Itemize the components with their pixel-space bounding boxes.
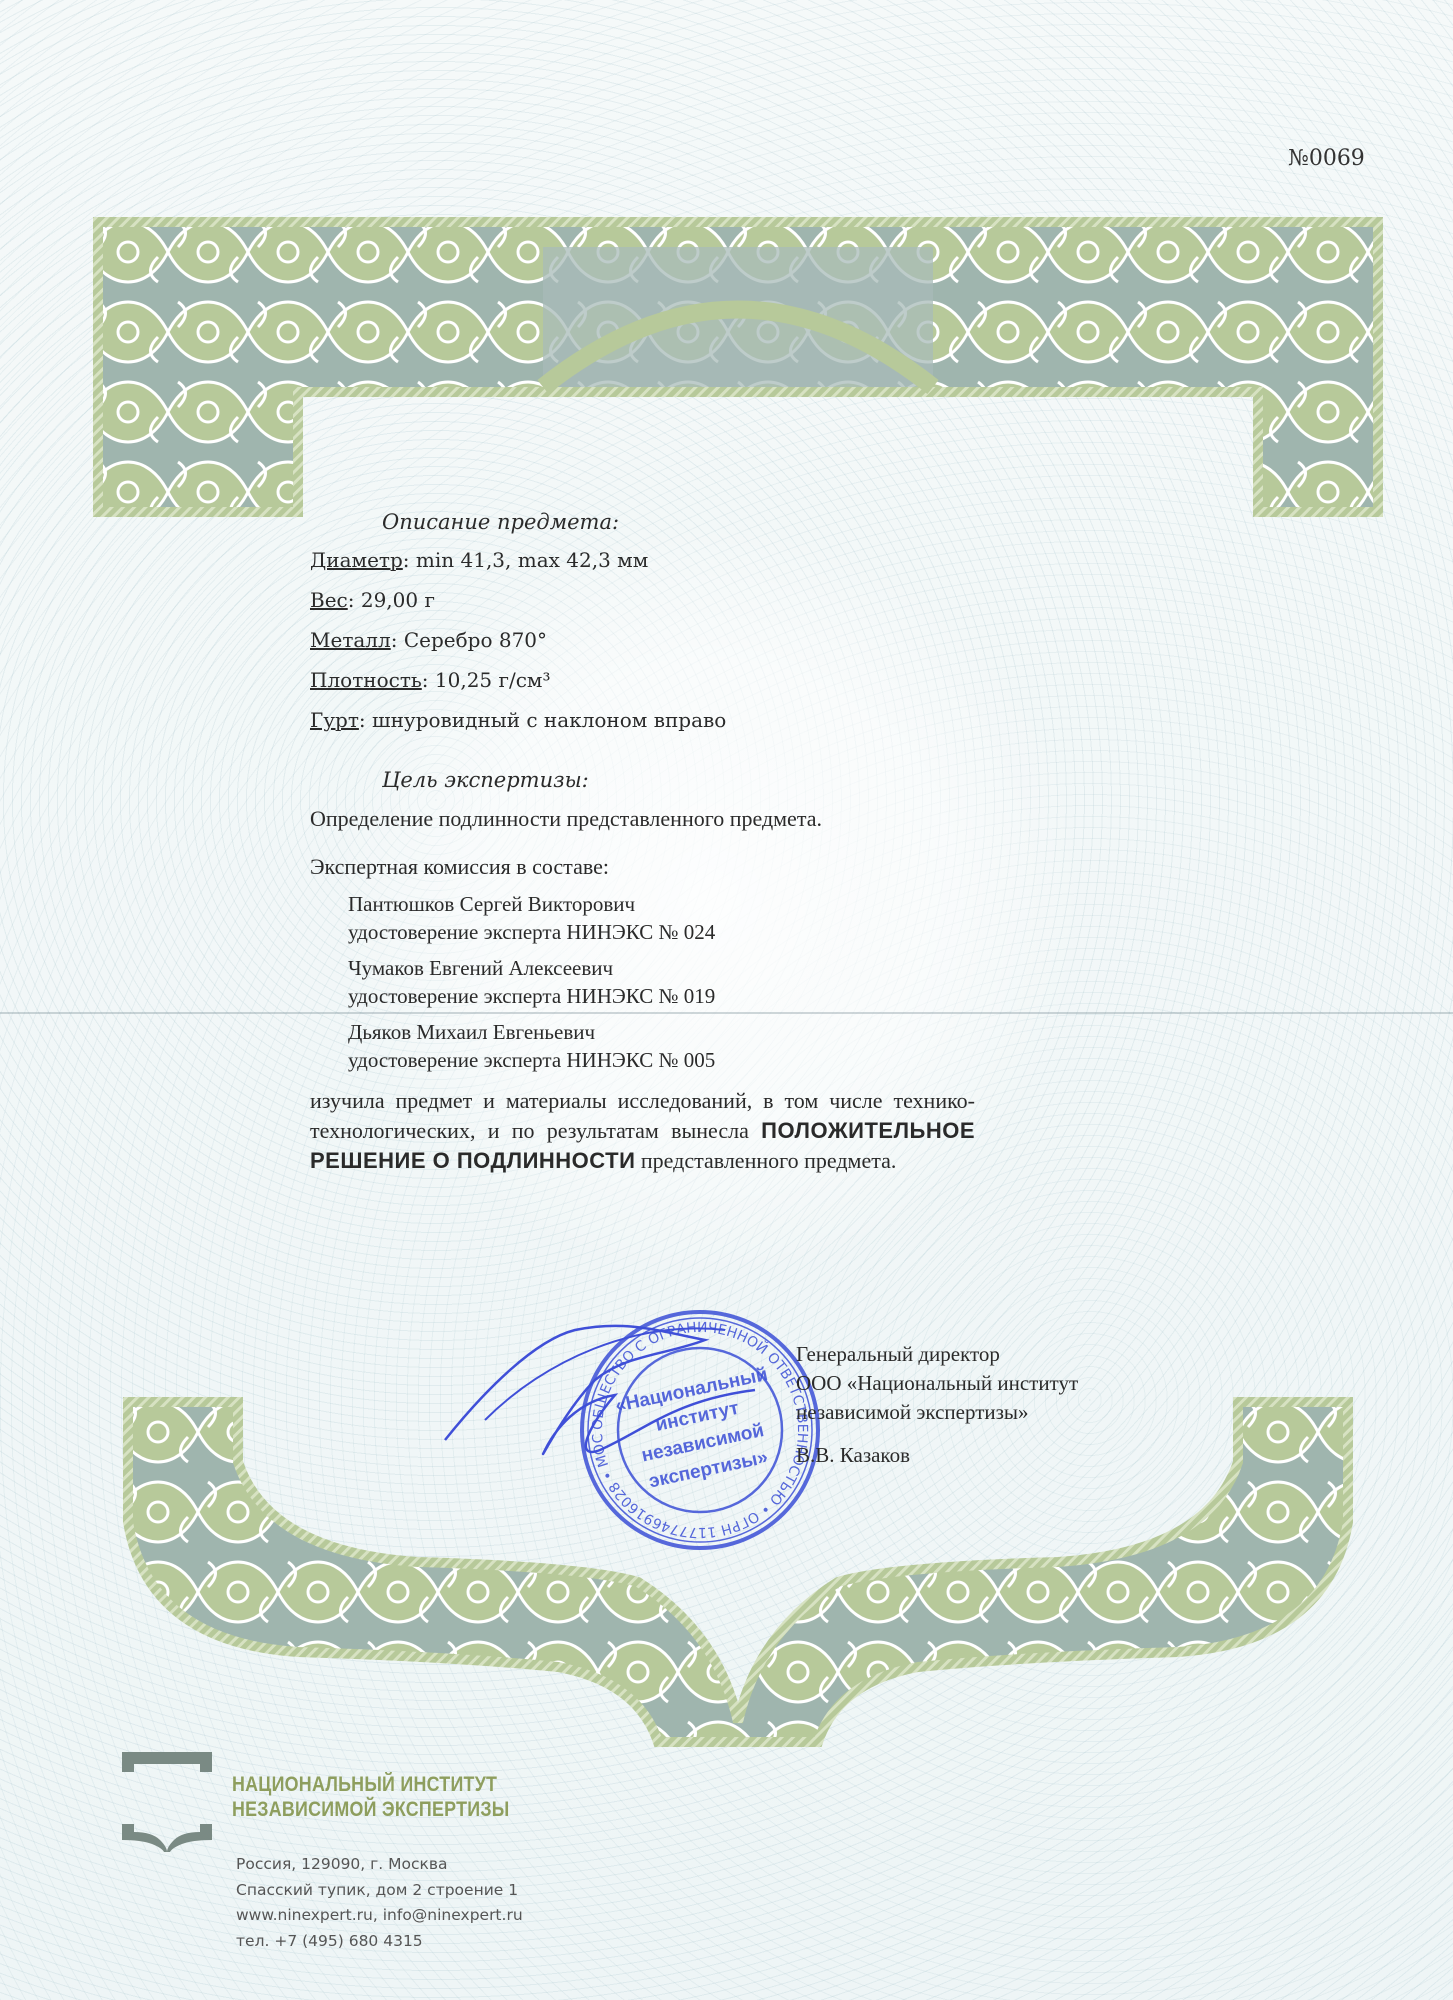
properties-list: Диаметр: min 41,3, max 42,3 мм Вес: 29,0… <box>310 548 1310 732</box>
commission-intro: Экспертная комиссия в составе: <box>310 854 1310 880</box>
member-name: Дьяков Михаил Евгеньевич <box>348 1018 1310 1046</box>
web-email: www.ninexpert.ru, info@ninexpert.ru <box>236 1903 523 1929</box>
footer-contacts: Россия, 129090, г. Москва Спасский тупик… <box>236 1852 523 1954</box>
property-weight: Вес: 29,00 г <box>310 588 1310 612</box>
signatory-title: Генеральный директор <box>796 1340 1078 1369</box>
member-name: Чумаков Евгений Алексеевич <box>348 954 1310 982</box>
commission-member: Чумаков Евгений Алексеевич удостоверение… <box>348 954 1310 1010</box>
certificate-body: Описание предмета: Диаметр: min 41,3, ma… <box>310 510 1310 1176</box>
property-metal: Металл: Серебро 870° <box>310 628 1310 652</box>
property-density: Плотность: 10,25 г/см³ <box>310 668 1310 692</box>
signatory-block: Генеральный директор ООО «Национальный и… <box>796 1340 1078 1470</box>
phone: тел. +7 (495) 680 4315 <box>236 1929 523 1955</box>
property-diameter: Диаметр: min 41,3, max 42,3 мм <box>310 548 1310 572</box>
commission-member: Дьяков Михаил Евгеньевич удостоверение э… <box>348 1018 1310 1074</box>
address-line: Россия, 129090, г. Москва <box>236 1852 523 1878</box>
member-credential: удостоверение эксперта НИНЭКС № 024 <box>348 918 1310 946</box>
purpose-heading: Цель экспертизы: <box>382 768 1310 792</box>
footer-org-name: НАЦИОНАЛЬНЫЙ ИНСТИТУТ НЕЗАВИСИМОЙ ЭКСПЕР… <box>232 1772 510 1822</box>
top-ornament-frame <box>88 212 1388 522</box>
serial-number: №0069 <box>1288 146 1365 171</box>
member-name: Пантюшков Сергей Викторович <box>348 890 1310 918</box>
signatory-org: ООО «Национальный институт <box>796 1369 1078 1398</box>
property-edge: Гурт: шнуровидный с наклоном вправо <box>310 708 1310 732</box>
signatory-org: независимой экспертизы» <box>796 1398 1078 1427</box>
signatory-name: В.В. Казаков <box>796 1441 1078 1470</box>
address-line: Спасский тупик, дом 2 строение 1 <box>236 1878 523 1904</box>
member-credential: удостоверение эксперта НИНЭКС № 005 <box>348 1046 1310 1074</box>
description-heading: Описание предмета: <box>382 510 1310 534</box>
institute-logo-icon <box>122 1752 212 1856</box>
official-stamp: ОБЩЕСТВО С ОГРАНИЧЕННОЙ ОТВЕТСТВЕННОСТЬЮ… <box>575 1305 825 1555</box>
conclusion-text: изучила предмет и материалы исследований… <box>310 1086 975 1176</box>
commission-member: Пантюшков Сергей Викторович удостоверени… <box>348 890 1310 946</box>
purpose-text: Определение подлинности представленного … <box>310 806 1310 832</box>
member-credential: удостоверение эксперта НИНЭКС № 019 <box>348 982 1310 1010</box>
